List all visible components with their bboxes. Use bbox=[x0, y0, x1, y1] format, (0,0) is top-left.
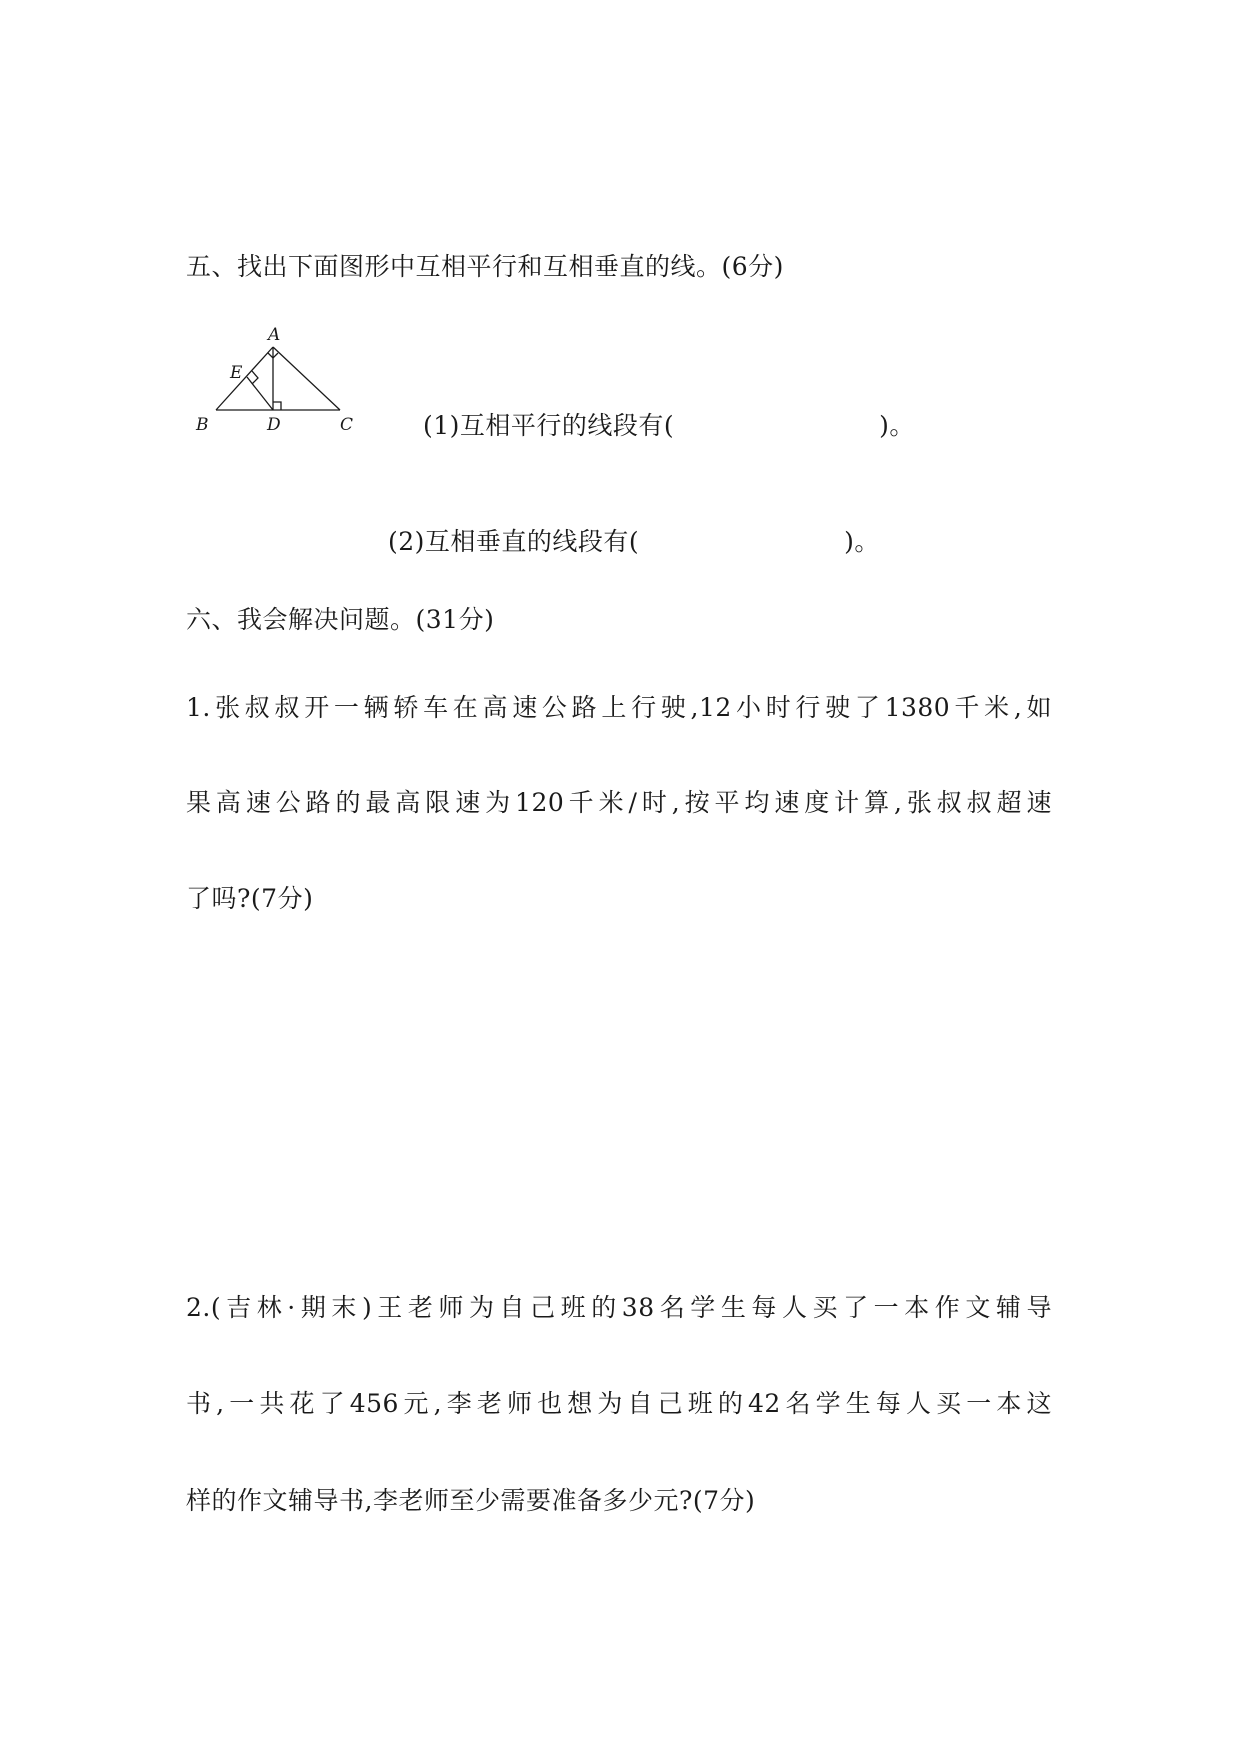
problem-2-line-1: 2.(吉林·期末)王老师为自己班的38名学生每人买了一本作文辅导 bbox=[186, 1292, 1052, 1324]
point-e-label: E bbox=[229, 363, 243, 383]
question-parallel-suffix: )。 bbox=[879, 411, 915, 440]
triangle-figure: A E B D C bbox=[186, 318, 366, 438]
triangle-diagram-icon: A E B D C bbox=[186, 318, 366, 438]
question-perpendicular: (2)互相垂直的线段有()。 bbox=[388, 526, 880, 558]
point-c-label: C bbox=[340, 415, 353, 435]
problem-2-answer-area[interactable] bbox=[186, 1540, 1052, 1720]
point-a-label: A bbox=[266, 325, 280, 345]
point-d-label: D bbox=[266, 415, 281, 435]
problem-2-line-3: 样的作文辅导书,李老师至少需要准备多少元?(7分) bbox=[186, 1485, 755, 1517]
section-5-heading: 五、找出下面图形中互相平行和互相垂直的线。(6分) bbox=[186, 251, 784, 283]
question-perpendicular-prefix: (2)互相垂直的线段有( bbox=[388, 527, 639, 556]
question-perpendicular-suffix: )。 bbox=[844, 527, 880, 556]
problem-1-line-1: 1.张叔叔开一辆轿车在高速公路上行驶,12小时行驶了1380千米,如 bbox=[186, 692, 1052, 724]
section-6-heading: 六、我会解决问题。(31分) bbox=[186, 604, 494, 636]
problem-1-line-3: 了吗?(7分) bbox=[186, 883, 313, 915]
question-parallel: (1)互相平行的线段有()。 bbox=[423, 410, 915, 442]
problem-2-line-2: 书,一共花了456元,李老师也想为自己班的42名学生每人买一本这 bbox=[186, 1388, 1052, 1420]
point-b-label: B bbox=[195, 415, 209, 435]
problem-1-answer-area[interactable] bbox=[186, 940, 1052, 1260]
problem-1-line-2: 果高速公路的最高限速为120千米/时,按平均速度计算,张叔叔超速 bbox=[186, 787, 1052, 819]
question-parallel-prefix: (1)互相平行的线段有( bbox=[423, 411, 674, 440]
